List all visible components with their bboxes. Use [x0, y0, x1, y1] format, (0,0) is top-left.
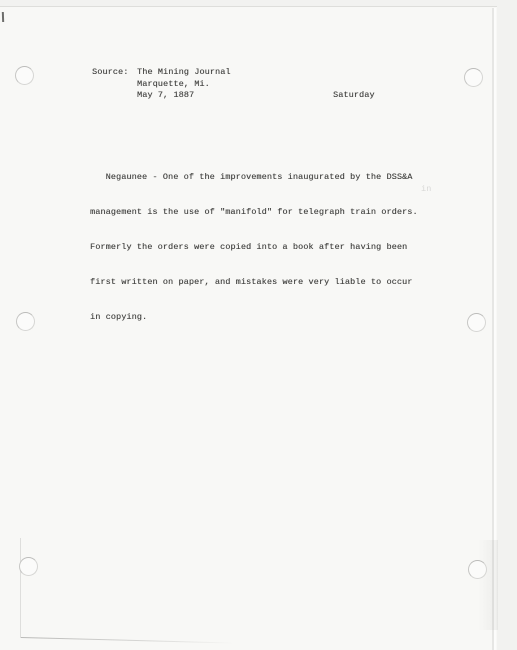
paper-top-edge: [0, 0, 517, 7]
source-location: Marquette, Mi.: [137, 79, 210, 91]
day-of-week: Saturday: [333, 90, 375, 102]
source-name: The Mining Journal: [137, 67, 231, 79]
scanned-page: Source: The Mining Journal Marquette, Mi…: [0, 0, 517, 650]
body-line-4: first written on paper, and mistakes wer…: [90, 277, 418, 289]
body-line-1: Negaunee - One of the improvements inaug…: [90, 172, 418, 184]
paper-edge-shadow: [478, 540, 498, 630]
scanner-background-right: [497, 0, 517, 650]
paper-bottom-crease: [21, 637, 235, 644]
article-body: Negaunee - One of the improvements inaug…: [90, 149, 418, 348]
faded-ghost-text: in: [421, 184, 431, 196]
source-date: May 7, 1887: [137, 90, 194, 102]
punch-hole-bottom-right: [468, 560, 487, 579]
punch-hole-bottom-left: [19, 557, 38, 576]
body-line-2: management is the use of "manifold" for …: [90, 207, 418, 219]
source-label: Source:: [92, 67, 128, 79]
body-line-3: Formerly the orders were copied into a b…: [90, 242, 418, 254]
punch-hole-middle-right: [467, 313, 486, 332]
paper-left-edge: [20, 538, 21, 638]
scan-artifact-mark: [2, 12, 4, 22]
punch-hole-middle-left: [16, 312, 35, 331]
punch-hole-top-right: [464, 68, 483, 87]
body-line-5: in copying.: [90, 312, 418, 324]
punch-hole-top-left: [15, 66, 34, 85]
